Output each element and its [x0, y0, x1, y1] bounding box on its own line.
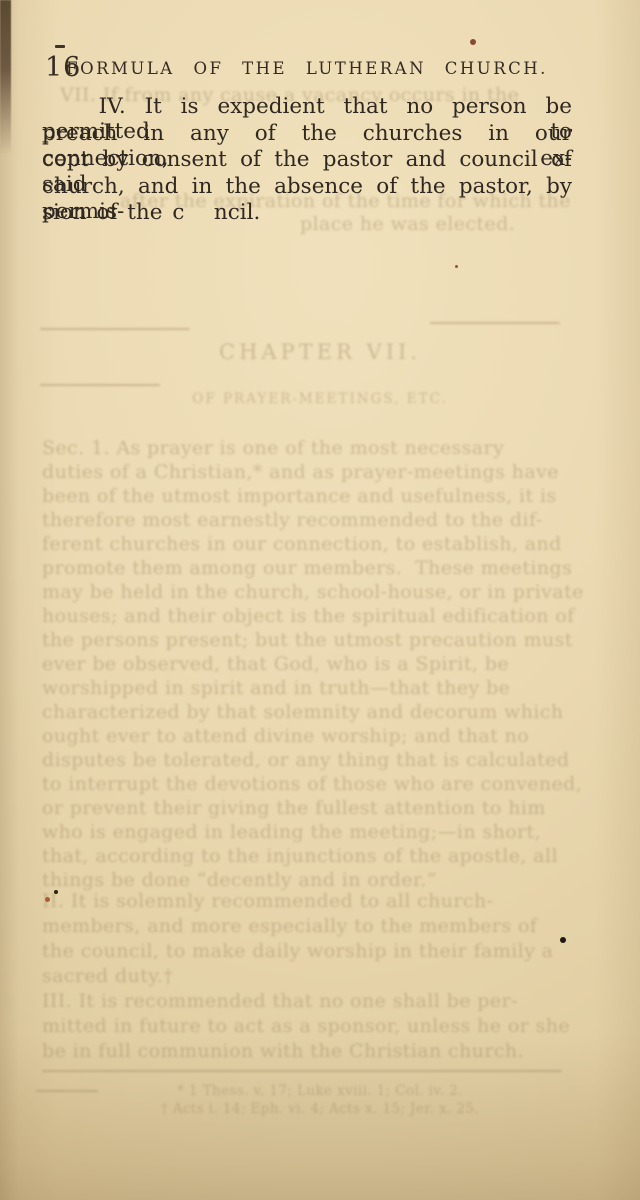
ink-speck: [54, 890, 58, 894]
ink-speck: [470, 39, 476, 45]
stray-ink-dash: [55, 45, 65, 48]
ink-speck: [560, 937, 566, 943]
page-content: 16 FORMULA OF THE LUTHERAN CHURCH. IV. I…: [0, 0, 640, 1200]
ink-speck: [45, 897, 50, 902]
page-header: 16 FORMULA OF THE LUTHERAN CHURCH.: [0, 52, 640, 86]
ink-speck: [455, 265, 458, 268]
book-page-scan: VII. If from any cause a vacancy occurs …: [0, 0, 640, 1200]
text-line: sion of the c ncil.: [42, 200, 572, 225]
running-title: FORMULA OF THE LUTHERAN CHURCH.: [42, 59, 572, 78]
